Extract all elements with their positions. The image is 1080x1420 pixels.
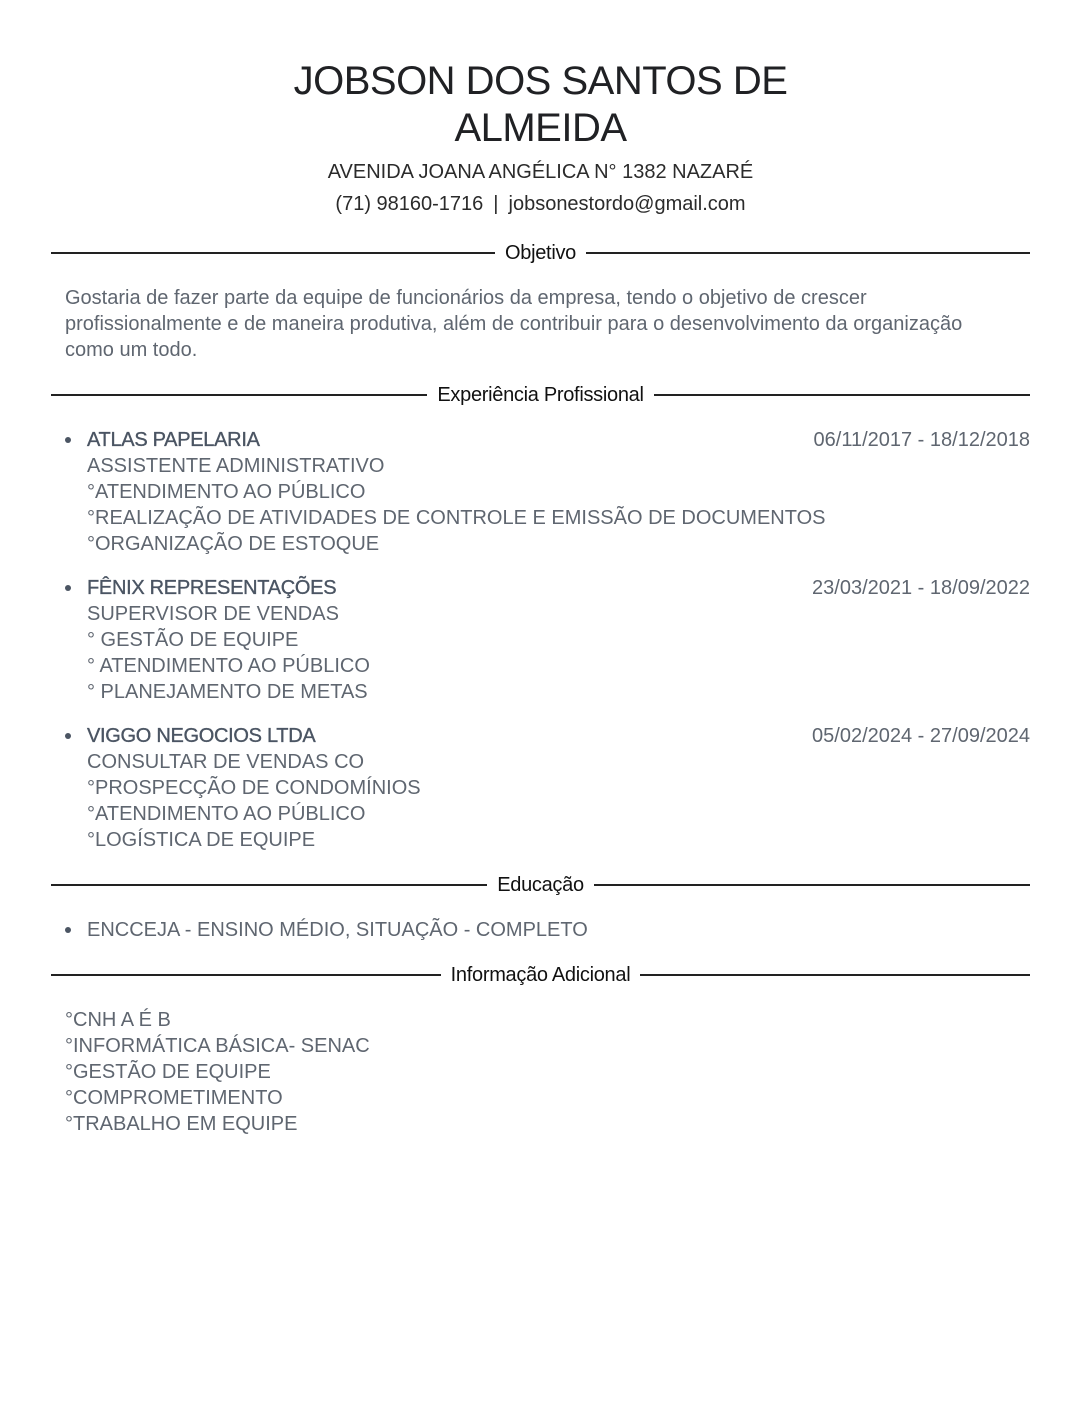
resume-header: JOBSON DOS SANTOS DE ALMEIDA AVENIDA JOA… [51, 0, 1030, 216]
job-detail: ° ATENDIMENTO AO PÚBLICO [87, 653, 1030, 679]
email: jobsonestordo@gmail.com [509, 193, 746, 215]
employment-dates: 06/11/2017 - 18/12/2018 [814, 427, 1030, 453]
contact-separator: | [493, 193, 498, 215]
resume-page: JOBSON DOS SANTOS DE ALMEIDA AVENIDA JOA… [51, 0, 1030, 1137]
additional-info-item: °INFORMÁTICA BÁSICA- SENAC [65, 1033, 1030, 1059]
experience-item: VIGGO NEGOCIOS LTDA 05/02/2024 - 27/09/2… [51, 723, 1030, 853]
company-name: ATLAS PAPELARIA [87, 427, 260, 453]
divider-line [51, 394, 427, 396]
job-role: SUPERVISOR DE VENDAS [87, 601, 1030, 627]
section-label: Experiência Profissional [427, 384, 653, 407]
additional-info-item: °TRABALHO EM EQUIPE [65, 1111, 1030, 1137]
divider-line [586, 252, 1030, 254]
divider-line [654, 394, 1030, 396]
bullet-icon [65, 927, 71, 933]
additional-info-list: °CNH A É B °INFORMÁTICA BÁSICA- SENAC °G… [51, 1007, 1030, 1137]
section-title-additional: Informação Adicional [51, 963, 1030, 987]
job-detail: ° GESTÃO DE EQUIPE [87, 627, 1030, 653]
divider-line [594, 884, 1030, 886]
job-detail: ° PLANEJAMENTO DE METAS [87, 679, 1030, 705]
experience-item: ATLAS PAPELARIA 06/11/2017 - 18/12/2018 … [51, 427, 1030, 557]
job-detail: °ATENDIMENTO AO PÚBLICO [87, 479, 1030, 505]
job-detail: °ATENDIMENTO AO PÚBLICO [87, 801, 1030, 827]
divider-line [51, 884, 487, 886]
address: AVENIDA JOANA ANGÉLICA N° 1382 NAZARÉ [51, 160, 1030, 184]
section-title-education: Educação [51, 873, 1030, 897]
bullet-icon [65, 437, 71, 443]
divider-line [640, 974, 1030, 976]
experience-item: FÊNIX REPRESENTAÇÕES 23/03/2021 - 18/09/… [51, 575, 1030, 705]
bullet-icon [65, 585, 71, 591]
section-title-experience: Experiência Profissional [51, 383, 1030, 407]
divider-line [51, 252, 495, 254]
objective-text: Gostaria de fazer parte da equipe de fun… [51, 285, 1030, 363]
additional-info-item: °CNH A É B [65, 1007, 1030, 1033]
job-detail: °ORGANIZAÇÃO DE ESTOQUE [87, 531, 1030, 557]
employment-dates: 23/03/2021 - 18/09/2022 [812, 575, 1030, 601]
divider-line [51, 974, 441, 976]
job-role: CONSULTAR DE VENDAS CO [87, 749, 1030, 775]
job-detail: °PROSPECÇÃO DE CONDOMÍNIOS [87, 775, 1030, 801]
section-label: Educação [487, 874, 594, 897]
section-label: Objetivo [495, 242, 586, 265]
company-name: VIGGO NEGOCIOS LTDA [87, 723, 315, 749]
bullet-icon [65, 733, 71, 739]
education-text: ENCCEJA - ENSINO MÉDIO, SITUAÇÃO - COMPL… [87, 919, 588, 941]
job-role: ASSISTENTE ADMINISTRATIVO [87, 453, 1030, 479]
additional-info-item: °COMPROMETIMENTO [65, 1085, 1030, 1111]
employment-dates: 05/02/2024 - 27/09/2024 [812, 723, 1030, 749]
candidate-name: JOBSON DOS SANTOS DE ALMEIDA [281, 58, 801, 152]
phone: (71) 98160-1716 [335, 193, 483, 215]
experience-list: ATLAS PAPELARIA 06/11/2017 - 18/12/2018 … [51, 427, 1030, 853]
additional-info-item: °GESTÃO DE EQUIPE [65, 1059, 1030, 1085]
company-name: FÊNIX REPRESENTAÇÕES [87, 575, 336, 601]
section-title-objective: Objetivo [51, 241, 1030, 265]
section-label: Informação Adicional [441, 964, 641, 987]
education-item: ENCCEJA - ENSINO MÉDIO, SITUAÇÃO - COMPL… [51, 917, 1030, 943]
job-detail: °REALIZAÇÃO DE ATIVIDADES DE CONTROLE E … [87, 505, 1030, 531]
job-detail: °LOGÍSTICA DE EQUIPE [87, 827, 1030, 853]
contact-line: (71) 98160-1716|jobsonestordo@gmail.com [51, 192, 1030, 216]
